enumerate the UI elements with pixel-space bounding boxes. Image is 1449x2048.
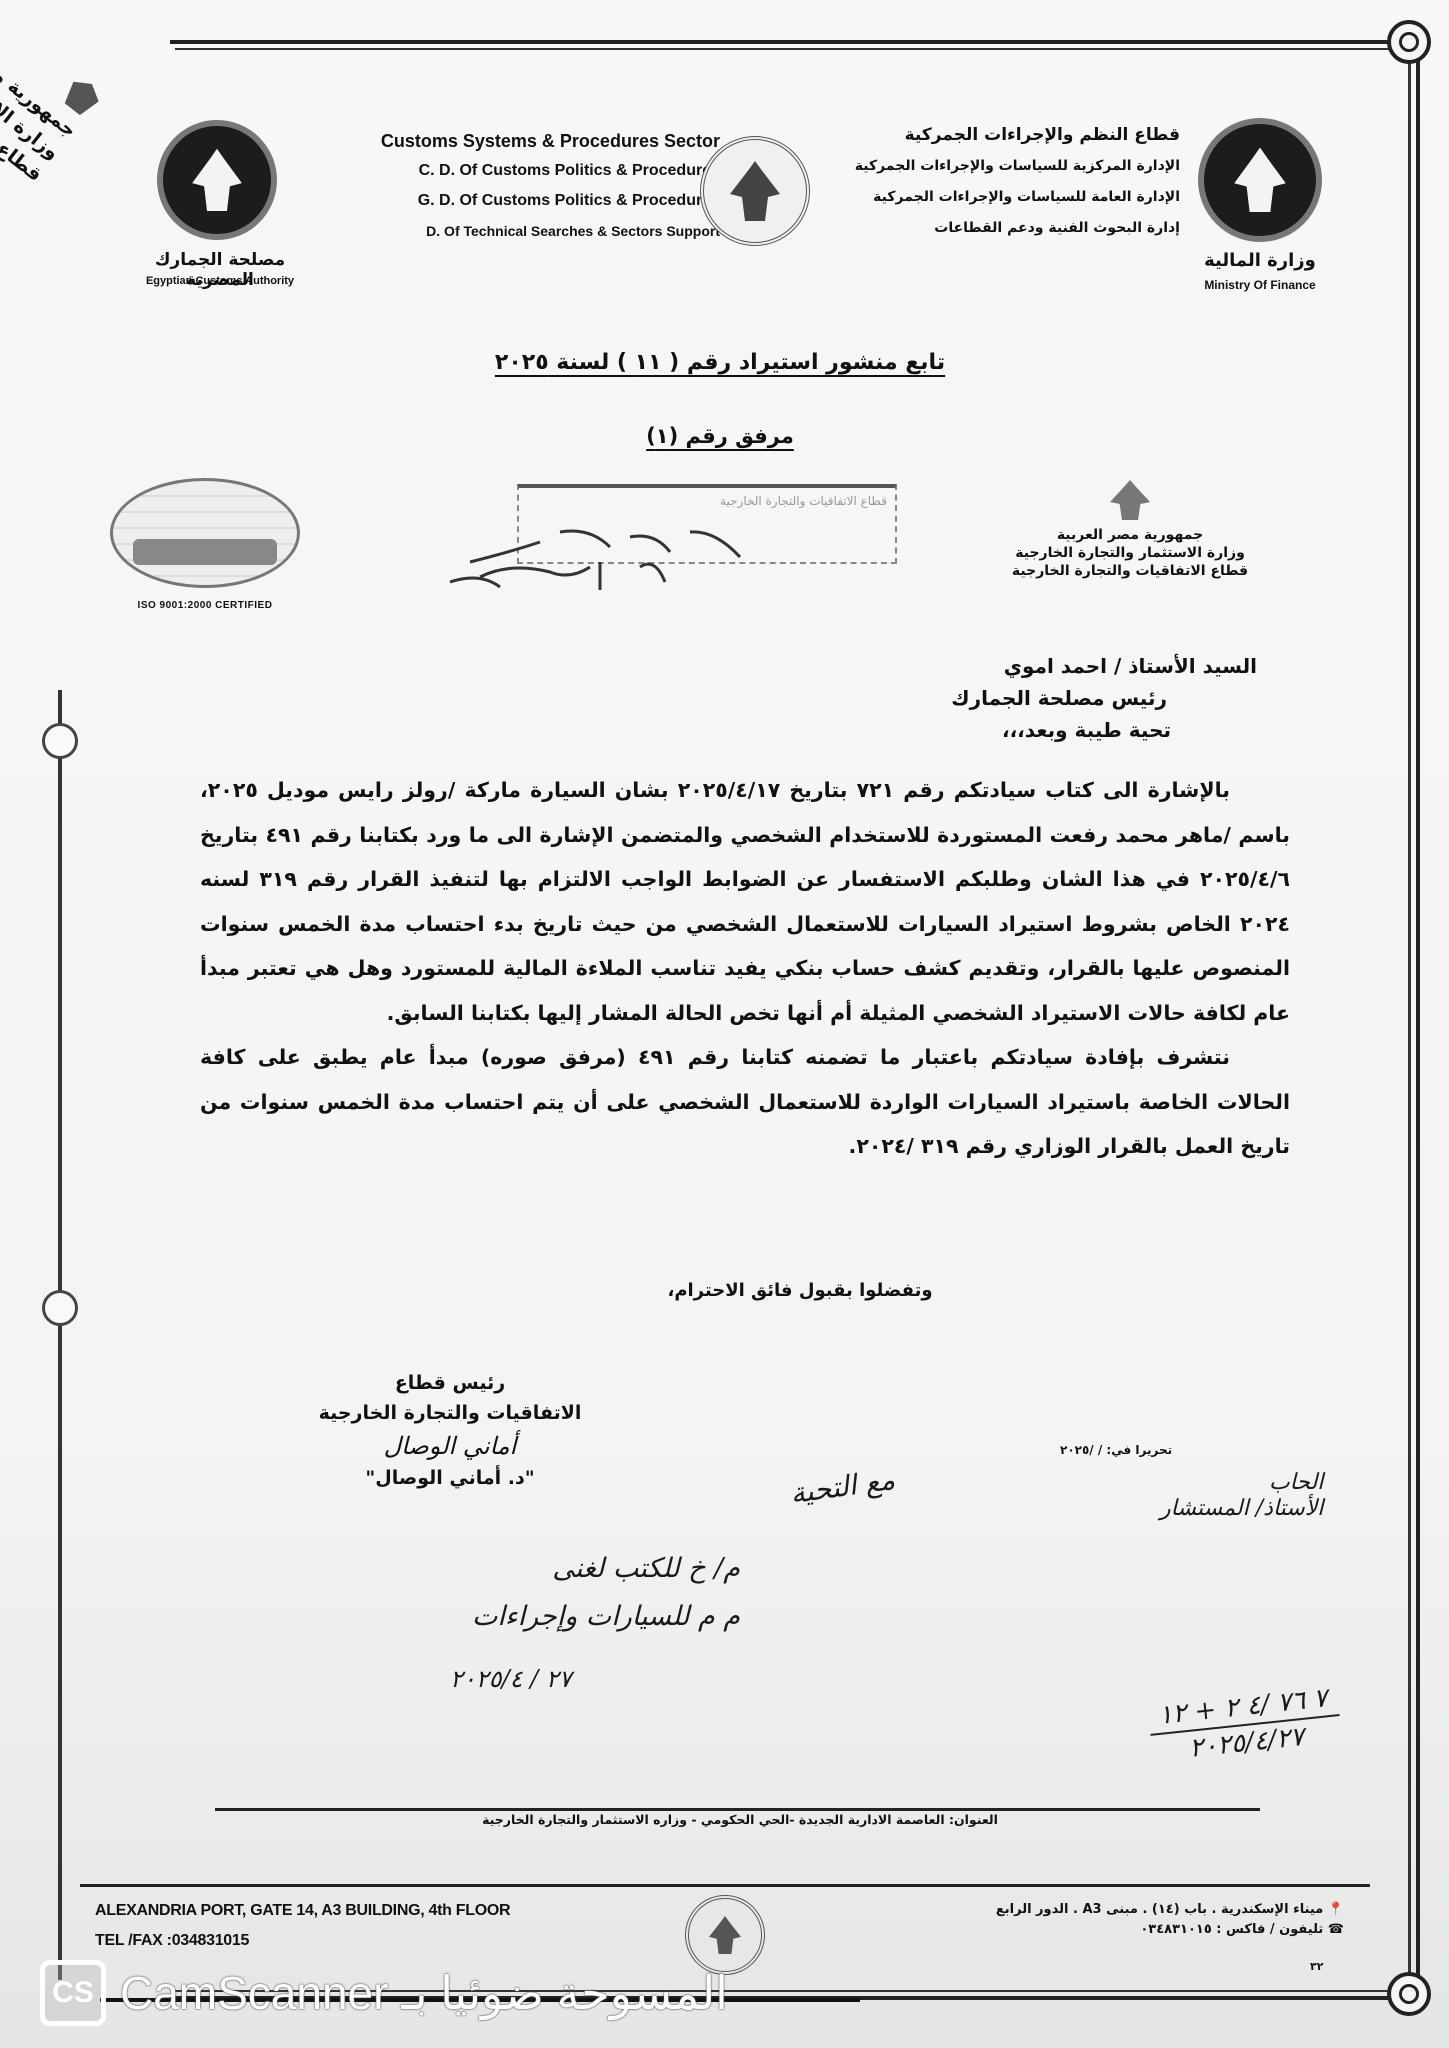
page-number: ٣٢ (1310, 1960, 1323, 1973)
handwritten-signature: أماني الوصال (270, 1428, 630, 1464)
camscanner-logo-icon: CS (40, 1960, 106, 2026)
signer-sector: الاتفاقيات والتجارة الخارجية (270, 1398, 630, 1428)
footer-divider (215, 1808, 1260, 1811)
footer-address-en: ALEXANDRIA PORT, GATE 14, A3 BUILDING, 4… (95, 1896, 510, 1926)
sector-seal-icon (700, 136, 810, 246)
watermark-text: CamScanner المسوحة ضوئيا بـ (120, 1966, 728, 2020)
sector-line: إدارة البحوث الفنية ودعم القطاعات (820, 213, 1180, 244)
body-paragraph: نتشرف بإفادة سيادتكم باعتبار ما تضمنه كت… (200, 1035, 1290, 1169)
handwritten-date-top: ٢٧ (546, 1665, 572, 1693)
iso-certification: ISO 9001:2000 CERTIFIED (90, 600, 320, 611)
issue-date: تحريرا في: / /٢٠٢٥ (1060, 1443, 1172, 1457)
document-title: تابع منشور استيراد رقم ( ١١ ) لسنة ٢٠٢٥ (420, 350, 1020, 375)
sector-names-en: Customs Systems & Procedures Sector C. D… (320, 126, 720, 246)
sector-line: الإدارة العامة للسياسات والإجراءات الجمر… (820, 182, 1180, 213)
footer-address-text: ميناء الإسكندرية . باب (١٤) . مبنى A3 . … (996, 1902, 1323, 1917)
ministry-name-ar: وزارة المالية (1180, 250, 1340, 271)
corner-ring-icon (1387, 1972, 1431, 2016)
camscanner-watermark: CS CamScanner المسوحة ضوئيا بـ (40, 1955, 728, 2031)
handwritten-date-bottom: ٢٠٢٥/٤ (450, 1665, 523, 1693)
footer-address-ar: العنوان: العاصمة الادارية الجديدة -الحي … (380, 1812, 1100, 1827)
sector-line: G. D. Of Customs Politics & Procedures (320, 186, 720, 216)
foreign-trade-sector-logo-icon (110, 478, 300, 588)
signature-block: رئيس قطاع الاتفاقيات والتجارة الخارجية أ… (270, 1368, 630, 1492)
left-border-line (58, 690, 62, 1980)
footer-tel-en: TEL /FAX :034831015 (95, 1926, 510, 1956)
ministry-line: وزارة الاستثمار والتجارة الخارجية (980, 544, 1280, 562)
binder-hole-icon (42, 1290, 78, 1326)
eagle-emblem-icon (1110, 480, 1150, 520)
handwritten-scribble-icon (440, 512, 780, 592)
sector-line: Customs Systems & Procedures Sector (320, 126, 720, 156)
sector-line: C. D. Of Customs Politics & Procedures (320, 156, 720, 186)
closing-line: وتفضلوا بقبول فائق الاحترام، (600, 1280, 1000, 1301)
signer-name: "د. أماني الوصال" (270, 1464, 630, 1492)
handwritten-date: ٢٧ / ٢٠٢٥/٤ (450, 1665, 572, 1693)
ministry-line: جمهورية مصر العربية (980, 526, 1280, 544)
footer-contact-en: ALEXANDRIA PORT, GATE 14, A3 BUILDING, 4… (95, 1896, 510, 1956)
footer-divider (80, 1884, 1370, 1887)
routing-note: م م للسيارات وإجراءات (280, 1593, 740, 1641)
handwritten-routing-notes: م/ خ للكتب لغنى م م للسيارات وإجراءات (280, 1545, 740, 1641)
sector-line: قطاع النظم والإجراءات الجمركية (820, 120, 1180, 151)
signer-title: رئيس قطاع (270, 1368, 630, 1398)
footer-tel-ar: ☎ تليفون / فاكس : ٠٣٤٨٣١٠١٥ (996, 1920, 1344, 1940)
scanned-document-page: جمهورية مصر وزارة الاستثمار قطاع الاتفاق… (0, 0, 1449, 2048)
customs-authority-name-en: Egyptian Customs Authority (140, 275, 300, 287)
footer-contact-ar: 📍 ميناء الإسكندرية . باب (١٤) . مبنى A3 … (996, 1900, 1344, 1940)
footer-tel-text: تليفون / فاكس : ٠٣٤٨٣١٠١٥ (1140, 1922, 1323, 1937)
corner-ring-icon (1387, 20, 1431, 64)
customs-authority-logo-icon (157, 120, 277, 240)
addressee-title: رئيس مصلحة الجمارك (951, 682, 1167, 714)
ministry-of-finance-logo-icon (1198, 118, 1322, 242)
handwritten-note: الحاب الأستاذ/ المستشار (1160, 1470, 1323, 1522)
binder-hole-icon (42, 723, 78, 759)
footer-address-ar-2: 📍 ميناء الإسكندرية . باب (١٤) . مبنى A3 … (996, 1900, 1344, 1920)
phone-icon: ☎ (1328, 1922, 1344, 1937)
investment-ministry-block: جمهورية مصر العربية وزارة الاستثمار والت… (980, 480, 1280, 580)
addressee-name: السيد الأستاذ / احمد اموي (951, 650, 1257, 682)
ministry-name-en: Ministry Of Finance (1180, 278, 1340, 292)
attachment-title: مرفق رقم (١) (420, 424, 1020, 448)
routing-note: م/ خ للكتب لغنى (280, 1545, 740, 1593)
sector-line: الإدارة المركزية للسياسات والإجراءات الج… (820, 151, 1180, 182)
addressee-block: السيد الأستاذ / احمد اموي رئيس مصلحة الج… (951, 650, 1257, 746)
ministry-line: قطاع الاتفاقيات والتجارة الخارجية (980, 562, 1280, 580)
greeting: تحية طيبة وبعد،،، (951, 714, 1171, 746)
sector-names-ar: قطاع النظم والإجراءات الجمركية الإدارة ا… (820, 120, 1180, 244)
sector-line: D. Of Technical Searches & Sectors Suppo… (320, 216, 720, 246)
stamp-text: قطاع الاتفاقيات والتجارة الخارجية (720, 494, 887, 508)
body-paragraph: بالإشارة الى كتاب سيادتكم رقم ٧٢١ بتاريخ… (200, 768, 1290, 1035)
location-pin-icon: 📍 (1328, 1902, 1344, 1917)
letter-body: بالإشارة الى كتاب سيادتكم رقم ٧٢١ بتاريخ… (200, 768, 1290, 1169)
letterhead: مصلحة الجمارك المصرية Egyptian Customs A… (140, 100, 1340, 320)
stray-page-fragment: جمهورية مصر وزارة الاستثمار قطاع الاتفاق… (0, 20, 105, 251)
